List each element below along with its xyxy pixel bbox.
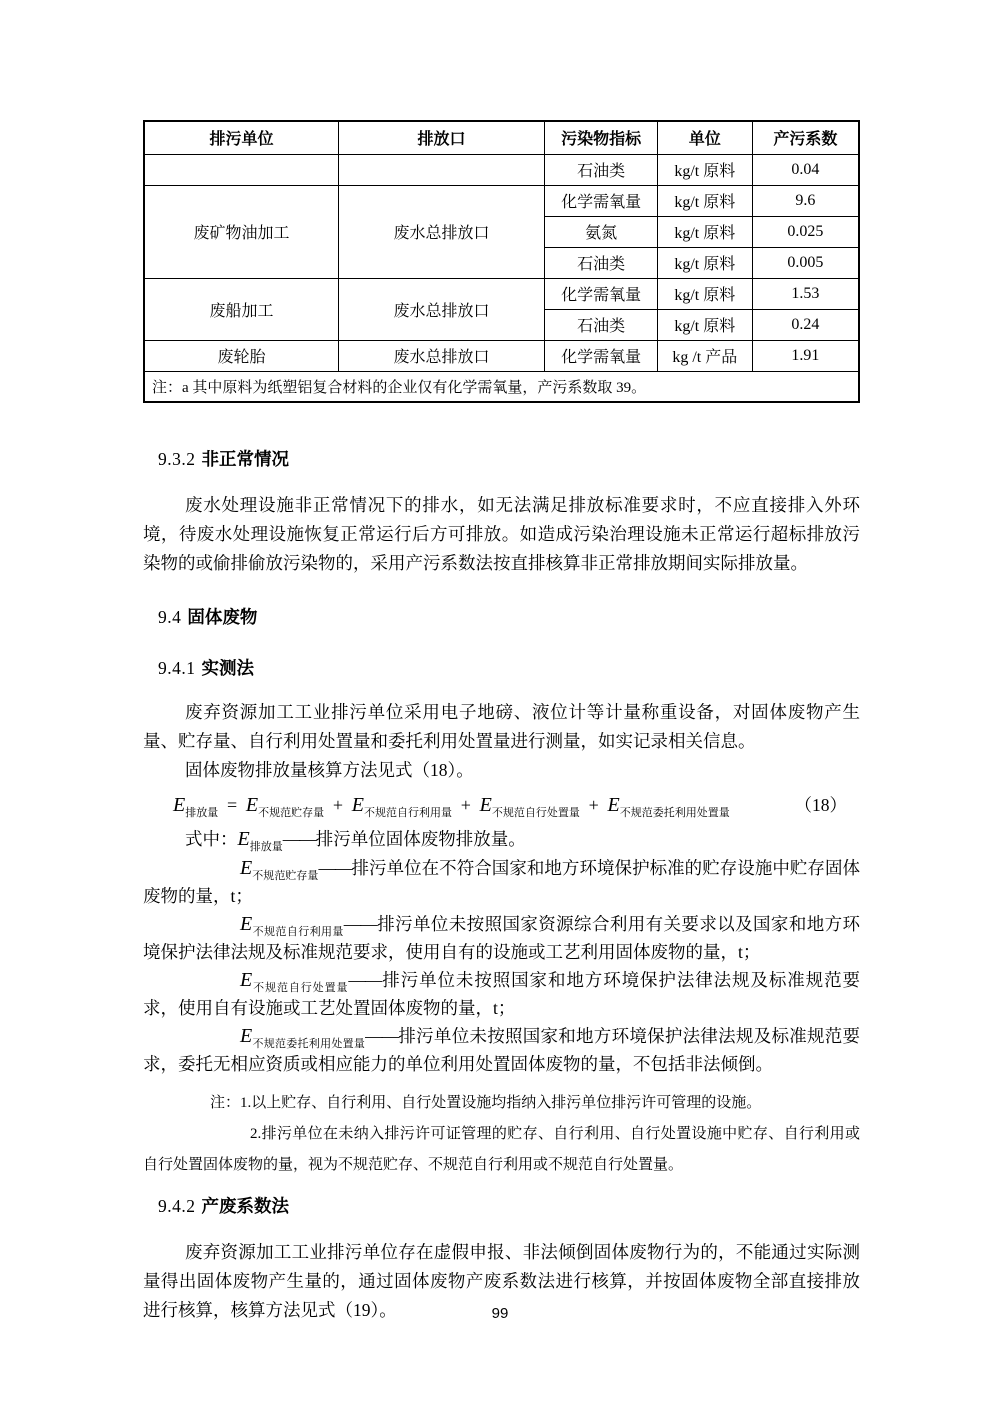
cell-unit: 废矿物油加工 — [144, 185, 338, 278]
cell-pollutant: 化学需氧量 — [545, 340, 658, 371]
cell-measure: kg/t 原料 — [657, 247, 752, 278]
cell-coefficient: 9.6 — [752, 185, 859, 216]
notes-block: 注：1.以上贮存、自行利用、自行处置设施均指纳入排污单位排污许可管理的设施。 2… — [143, 1088, 860, 1181]
cell-pollutant: 化学需氧量 — [545, 278, 658, 309]
cell-measure: kg /t 产品 — [657, 340, 752, 371]
definition-nonstandard-storage: E不规范贮存量——排污单位在不符合国家和地方环境保护标准的贮存设施中贮存固体废物… — [143, 854, 860, 910]
note-1: 注：1.以上贮存、自行利用、自行处置设施均指纳入排污单位排污许可管理的设施。 — [143, 1088, 860, 1119]
cell-outlet: 废水总排放口 — [338, 278, 544, 340]
cell-measure: kg/t 原料 — [657, 185, 752, 216]
cell-outlet-empty — [338, 154, 544, 185]
section-title: 非正常情况 — [202, 449, 290, 469]
section-title: 固体废物 — [187, 607, 257, 627]
col-header-discharge-unit: 排污单位 — [144, 121, 338, 154]
document-page: 排污单位 排放口 污染物指标 单位 产污系数 石油类 kg/t 原料 0.04 … — [0, 0, 1000, 1414]
section-number: 9.3.2 — [158, 449, 196, 469]
plus-operator: + — [333, 795, 343, 815]
table-row: 废船加工 废水总排放口 化学需氧量 kg/t 原料 1.53 — [144, 278, 859, 309]
cell-pollutant: 石油类 — [545, 309, 658, 340]
col-header-pollutant: 污染物指标 — [545, 121, 658, 154]
section-heading-932: 9.3.2非正常情况 — [143, 449, 860, 470]
section-number: 9.4 — [158, 607, 181, 627]
cell-pollutant: 化学需氧量 — [545, 185, 658, 216]
cell-coefficient: 0.025 — [752, 216, 859, 247]
table-row: 废轮胎 废水总排放口 化学需氧量 kg /t 产品 1.91 — [144, 340, 859, 371]
cell-measure: kg/t 原料 — [657, 309, 752, 340]
cell-coefficient: 0.005 — [752, 247, 859, 278]
plus-operator: + — [461, 795, 471, 815]
formula-term: E不规范自行处置量 — [480, 795, 580, 816]
section-number: 9.4.1 — [158, 658, 196, 678]
cell-coefficient: 0.24 — [752, 309, 859, 340]
col-header-unit: 单位 — [657, 121, 752, 154]
paragraph-932: 废水处理设施非正常情况下的排水，如无法满足排放标准要求时，不应直接排入外环境，待… — [143, 491, 860, 578]
section-heading-941: 9.4.1实测法 — [143, 658, 860, 679]
equals-operator: = — [227, 795, 237, 815]
cell-coefficient: 0.04 — [752, 154, 859, 185]
pollutant-coefficient-table: 排污单位 排放口 污染物指标 单位 产污系数 石油类 kg/t 原料 0.04 … — [143, 120, 860, 403]
cell-unit: 废船加工 — [144, 278, 338, 340]
cell-unit-empty — [144, 154, 338, 185]
section-title: 实测法 — [202, 658, 255, 678]
section-heading-942: 9.4.2产废系数法 — [143, 1196, 860, 1217]
cell-measure: kg/t 原料 — [657, 278, 752, 309]
cell-outlet: 废水总排放口 — [338, 185, 544, 278]
section-title: 产废系数法 — [202, 1196, 290, 1216]
paragraph-941: 废弃资源加工工业排污单位采用电子地磅、液位计等计量称重设备，对固体废物产生量、贮… — [143, 698, 860, 756]
cell-coefficient: 1.53 — [752, 278, 859, 309]
col-header-coefficient: 产污系数 — [752, 121, 859, 154]
definition-nonstandard-self-disposal: E不规范自行处置量——排污单位未按照国家和地方环境保护法律法规及标准规范要求，使… — [143, 966, 860, 1022]
formula-term: E不规范委托利用处置量 — [608, 795, 730, 816]
table-header-row: 排污单位 排放口 污染物指标 单位 产污系数 — [144, 121, 859, 154]
cell-pollutant: 石油类 — [545, 154, 658, 185]
cell-pollutant: 氨氮 — [545, 216, 658, 247]
cell-measure: kg/t 原料 — [657, 154, 752, 185]
section-heading-94: 9.4固体废物 — [143, 607, 860, 628]
definition-emission: 式中：E排放量——排污单位固体废物排放量。 — [143, 824, 860, 854]
table-note-row: 注：a 其中原料为纸塑铝复合材料的企业仅有化学需氧量，产污系数取 39。 — [144, 371, 859, 402]
page-content: 排污单位 排放口 污染物指标 单位 产污系数 石油类 kg/t 原料 0.04 … — [143, 120, 860, 1325]
formula-lhs-term: E排放量 — [173, 795, 218, 816]
where-label: 式中： — [185, 829, 238, 849]
cell-coefficient: 1.91 — [752, 340, 859, 371]
cell-unit: 废轮胎 — [144, 340, 338, 371]
col-header-outlet: 排放口 — [338, 121, 544, 154]
section-number: 9.4.2 — [158, 1196, 196, 1216]
cell-pollutant: 石油类 — [545, 247, 658, 278]
table-row: 废矿物油加工 废水总排放口 化学需氧量 kg/t 原料 9.6 — [144, 185, 859, 216]
cell-outlet: 废水总排放口 — [338, 340, 544, 371]
definition-nonstandard-entrusted: E不规范委托利用处置量——排污单位未按照国家和地方环境保护法律法规及标准规范要求… — [143, 1022, 860, 1078]
note-2: 2.排污单位在未纳入排污许可证管理的贮存、自行利用、自行处置设施中贮存、自行利用… — [143, 1119, 860, 1181]
cell-measure: kg/t 原料 — [657, 216, 752, 247]
formula-intro: 固体废物排放量核算方法见式（18）。 — [143, 756, 860, 785]
table-footnote: 注：a 其中原料为纸塑铝复合材料的企业仅有化学需氧量，产污系数取 39。 — [144, 371, 859, 402]
formula-term: E不规范贮存量 — [246, 795, 324, 816]
page-number: 99 — [0, 1305, 1000, 1322]
equation-number: （18） — [795, 788, 848, 822]
table-row: 石油类 kg/t 原料 0.04 — [144, 154, 859, 185]
formula-term: E不规范自行利用量 — [352, 795, 452, 816]
formula-18: E排放量 = E不规范贮存量 + E不规范自行利用量 + E不规范自行处置量 +… — [143, 788, 860, 823]
definition-nonstandard-self-utilization: E不规范自行利用量——排污单位未按照国家资源综合利用有关要求以及国家和地方环境保… — [143, 910, 860, 966]
plus-operator: + — [589, 795, 599, 815]
